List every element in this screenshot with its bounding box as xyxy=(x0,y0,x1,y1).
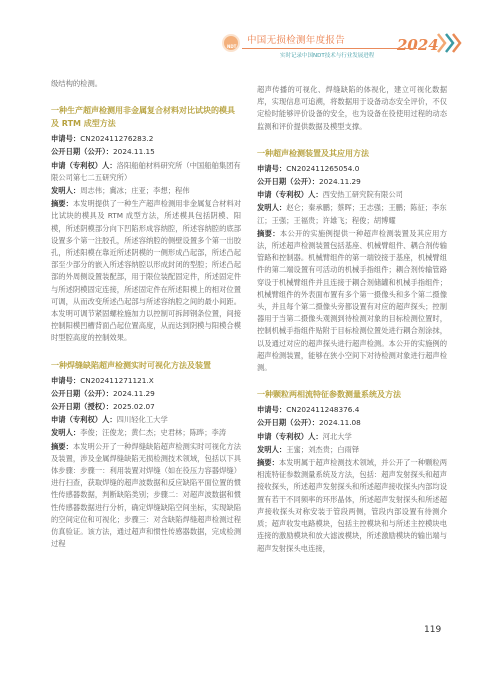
applicant: 申请（专利权）人：西安热工研究院有限公司 xyxy=(257,189,447,201)
ndt-logo-icon: NDT xyxy=(222,34,240,52)
patent-entry: 一种生产超声检测用非金属复合材料对比试块的模具及 RTM 成型方法 申请号：CN… xyxy=(51,104,241,344)
chevron-right-icon xyxy=(451,32,463,54)
report-year: 2024 xyxy=(397,36,439,54)
publication-date: 公开日期（公开）：2024.11.08 xyxy=(257,417,447,429)
report-subtitle: 实时记录中国NDT技术与行业发展进程 xyxy=(280,51,374,59)
patent-entry: 一种焊缝缺陷超声检测实时可视化方法及装置 申请号：CN202411271121.… xyxy=(51,359,241,551)
continued-text: 超声传播的可视化、焊缝缺陷的体视化，建立可视化数据库，实现信息可追溯，将数据用于… xyxy=(257,84,447,133)
grant-date: 公开日期（授权）：2025.02.07 xyxy=(51,401,241,413)
patent-title: 一种焊缝缺陷超声检测实时可视化方法及装置 xyxy=(51,359,241,372)
report-title: 中国无损检测年度报告 xyxy=(247,32,345,46)
publication-date: 公开日期（公开）：2024.11.29 xyxy=(51,388,241,400)
page-number: 119 xyxy=(424,625,441,635)
abstract: 摘要：本发明公开了一种焊缝缺陷超声检测实时可视化方法及装置，涉及金属焊缝缺陷无损… xyxy=(51,441,241,551)
application-number: 申请号：CN202411271121.X xyxy=(51,375,241,387)
left-column: 级结构的检测。 一种生产超声检测用非金属复合材料对比试块的模具及 RTM 成型方… xyxy=(51,78,241,552)
application-number: 申请号：CN202411276283.2 xyxy=(51,133,241,145)
applicant: 申请（专利权）人：四川轻化工大学 xyxy=(51,414,241,426)
header-divider xyxy=(242,48,417,49)
inventors: 发明人：李俊；汪俊龙；黄仁杰；史君林；陈晔；李涛 xyxy=(51,427,241,439)
patent-title: 一种生产超声检测用非金属复合材料对比试块的模具及 RTM 成型方法 xyxy=(51,104,241,130)
applicant: 申请（专利权）人：河北大学 xyxy=(257,431,447,443)
abstract: 摘要：本发明提供了一种生产超声检测用非金属复合材料对比试块的模具及 RTM 成型… xyxy=(51,198,241,344)
report-header: NDT 中国无损检测年度报告 实时记录中国NDT技术与行业发展进程 2024 xyxy=(222,30,462,64)
application-number: 申请号：CN202411248376.4 xyxy=(257,404,447,416)
logo-text: NDT xyxy=(227,44,236,49)
application-number: 申请号：CN202411265054.0 xyxy=(257,163,447,175)
publication-date: 公开日期（公开）：2024.11.29 xyxy=(257,176,447,188)
abstract: 摘要：本公开的实施例提供一种超声检测装置及其应用方法，所述超声检测装置包括基座、… xyxy=(257,228,447,374)
inventors: 发明人：赵仑；秦承鹏；蔡晖；王志强；王鹏；陈征；李东江；王强；王福贵；许雄飞；程… xyxy=(257,202,447,226)
publication-date: 公开日期（公开）：2024.11.15 xyxy=(51,146,241,158)
applicant: 申请（专利权）人：洛阳船舶材料研究所（中国船舶集团有限公司第七二五研究所） xyxy=(51,160,241,184)
right-column: 超声传播的可视化、焊缝缺陷的体视化，建立可视化数据库，实现信息可追溯，将数据用于… xyxy=(257,84,447,556)
inventors: 发明人：王蜜；刘杰贵；白雨铎 xyxy=(257,444,447,456)
continued-text: 级结构的检测。 xyxy=(51,78,241,90)
patent-entry: 一种颗粒两相流特征参数测量系统及方法 申请号：CN202411248376.4 … xyxy=(257,388,447,554)
patent-entry: 一种超声检测装置及其应用方法 申请号：CN202411265054.0 公开日期… xyxy=(257,147,447,374)
abstract: 摘要：本发明属于超声检测技术领域，并公开了一种颗粒两相流特征参数测量系统及方法，… xyxy=(257,457,447,555)
patent-title: 一种超声检测装置及其应用方法 xyxy=(257,147,447,160)
inventors: 发明人：周志伟；冀冰；庄亚；李想；程伟 xyxy=(51,185,241,197)
patent-title: 一种颗粒两相流特征参数测量系统及方法 xyxy=(257,388,447,401)
